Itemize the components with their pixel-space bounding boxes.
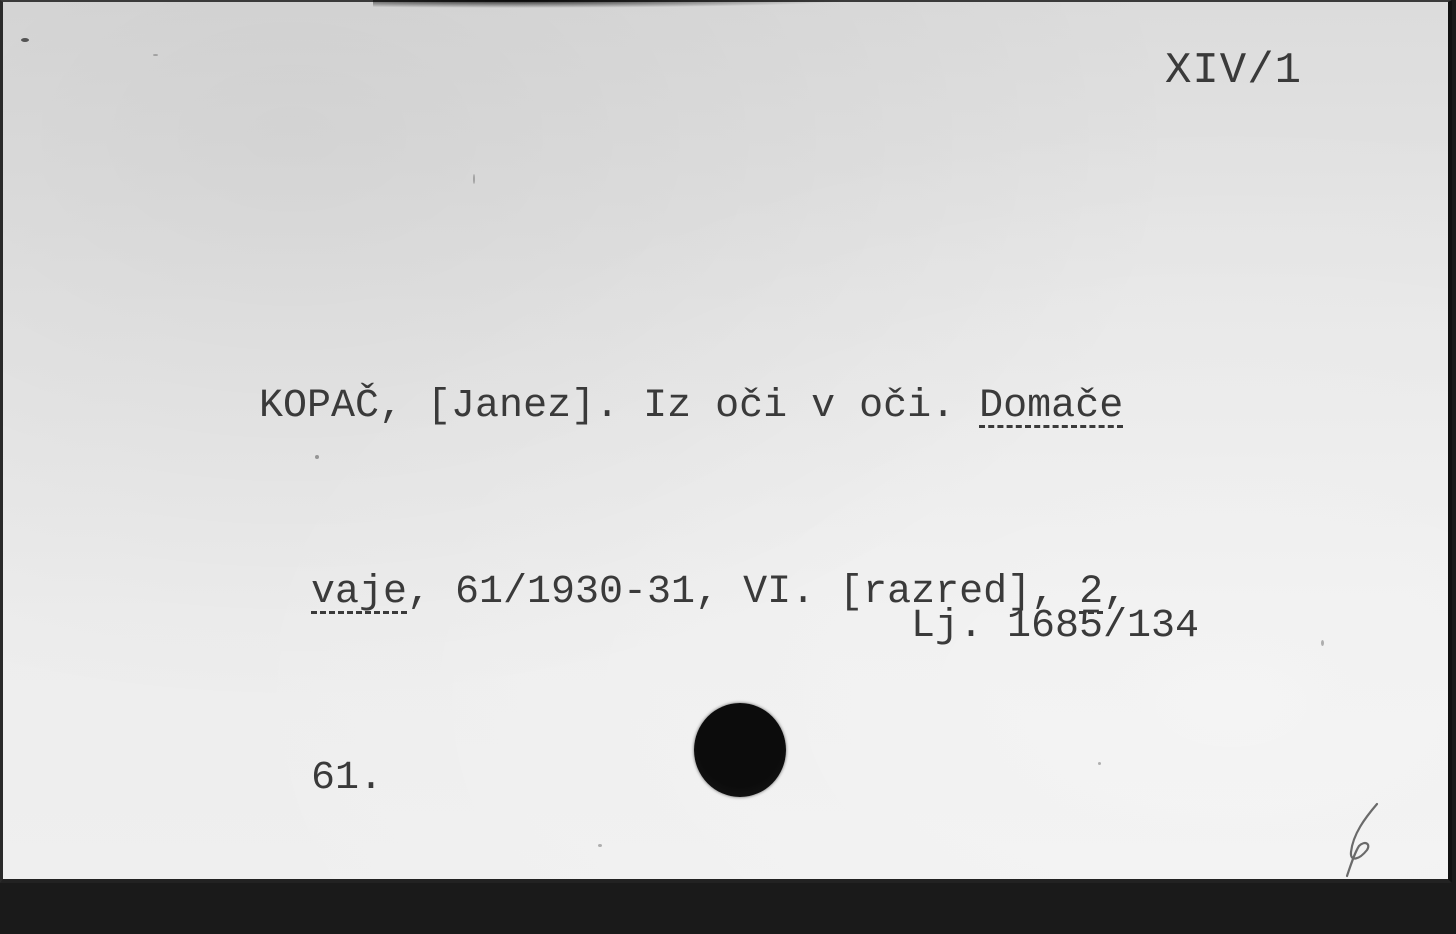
source-title-part2: vaje xyxy=(311,570,407,615)
bibliographic-entry: KOPAČ, [Janez]. Iz oči v oči. Domače vaj… xyxy=(259,252,1127,888)
author-surname: KOPAČ, xyxy=(259,384,403,429)
scan-shadow xyxy=(373,0,853,8)
catalog-card: XIV/1 KOPAČ, [Janez]. Iz oči v oči. Doma… xyxy=(0,0,1452,883)
classification-mark: XIV/1 xyxy=(1165,46,1302,96)
entry-line-1: KOPAČ, [Janez]. Iz oči v oči. Domače xyxy=(259,376,1127,438)
author-given-name: [Janez]. xyxy=(427,384,619,429)
shelf-mark: Lj. 1685/134 xyxy=(911,604,1199,649)
punch-hole xyxy=(694,703,786,797)
source-title-part1: Domače xyxy=(979,384,1123,429)
work-title: Iz oči v oči. xyxy=(643,384,955,429)
handwritten-mark-icon xyxy=(1343,800,1383,880)
entry-line-3: 61. xyxy=(259,748,1127,810)
page-number: 61. xyxy=(311,756,383,801)
